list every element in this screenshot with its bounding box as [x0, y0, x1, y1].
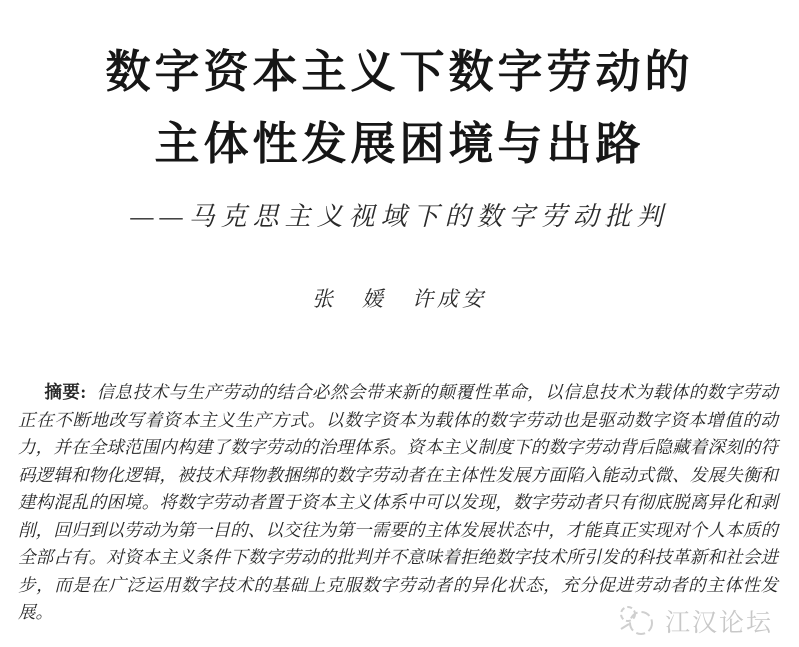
- jianghan-forum-logo-icon: [617, 603, 659, 639]
- abstract-line: 步，而是在广泛运用数字技术的基础上克服数字劳动者的异化状态，充分促进劳动者的主体…: [18, 572, 778, 600]
- page-title-line-1: 数字资本主义下数字劳动的: [0, 36, 799, 108]
- journal-watermark: 江汉论坛: [617, 603, 773, 639]
- abstract-line-text: 信息技术与生产劳动的结合必然会带来新的颠覆性革命，以信息技术为载体的数字劳动: [96, 382, 778, 402]
- watermark-text: 江汉论坛: [665, 603, 773, 639]
- abstract-line: 全部占有。对资本主义条件下数字劳动的批判并不意味着拒绝数字技术所引发的科技革新和…: [18, 544, 778, 572]
- abstract-line: 力，并在全球范围内构建了数字劳动的治理体系。资本主义制度下的数字劳动背后隐藏着深…: [18, 434, 778, 462]
- abstract-line: 建构混乱的困境。将数字劳动者置于资本主义体系中可以发现，数字劳动者只有彻底脱离异…: [18, 489, 778, 517]
- paper-page: 数字资本主义下数字劳动的 主体性发展困境与出路 ——马克思主义视域下的数字劳动批…: [0, 0, 799, 627]
- abstract-paragraph: 摘要:信息技术与生产劳动的结合必然会带来新的颠覆性革命，以信息技术为载体的数字劳…: [18, 379, 778, 627]
- page-subtitle: ——马克思主义视域下的数字劳动批判: [0, 196, 799, 233]
- abstract-line: 削，回归到以劳动为第一目的、以交往为第一需要的主体发展状态中，才能真正实现对个人…: [18, 517, 778, 545]
- abstract-label: 摘要:: [44, 382, 86, 402]
- abstract-line: 摘要:信息技术与生产劳动的结合必然会带来新的颠覆性革命，以信息技术为载体的数字劳…: [18, 379, 778, 407]
- page-title-line-2: 主体性发展困境与出路: [0, 108, 799, 180]
- authors-line: 张 媛 许成安: [0, 283, 799, 313]
- abstract-line: 码逻辑和物化逻辑，被技术拜物教捆绑的数字劳动者在主体性发展方面陷入能动式微、发展…: [18, 462, 778, 490]
- abstract-line: 正在不断地改写着资本主义生产方式。以数字资本为载体的数字劳动也是驱动数字资本增值…: [18, 407, 778, 435]
